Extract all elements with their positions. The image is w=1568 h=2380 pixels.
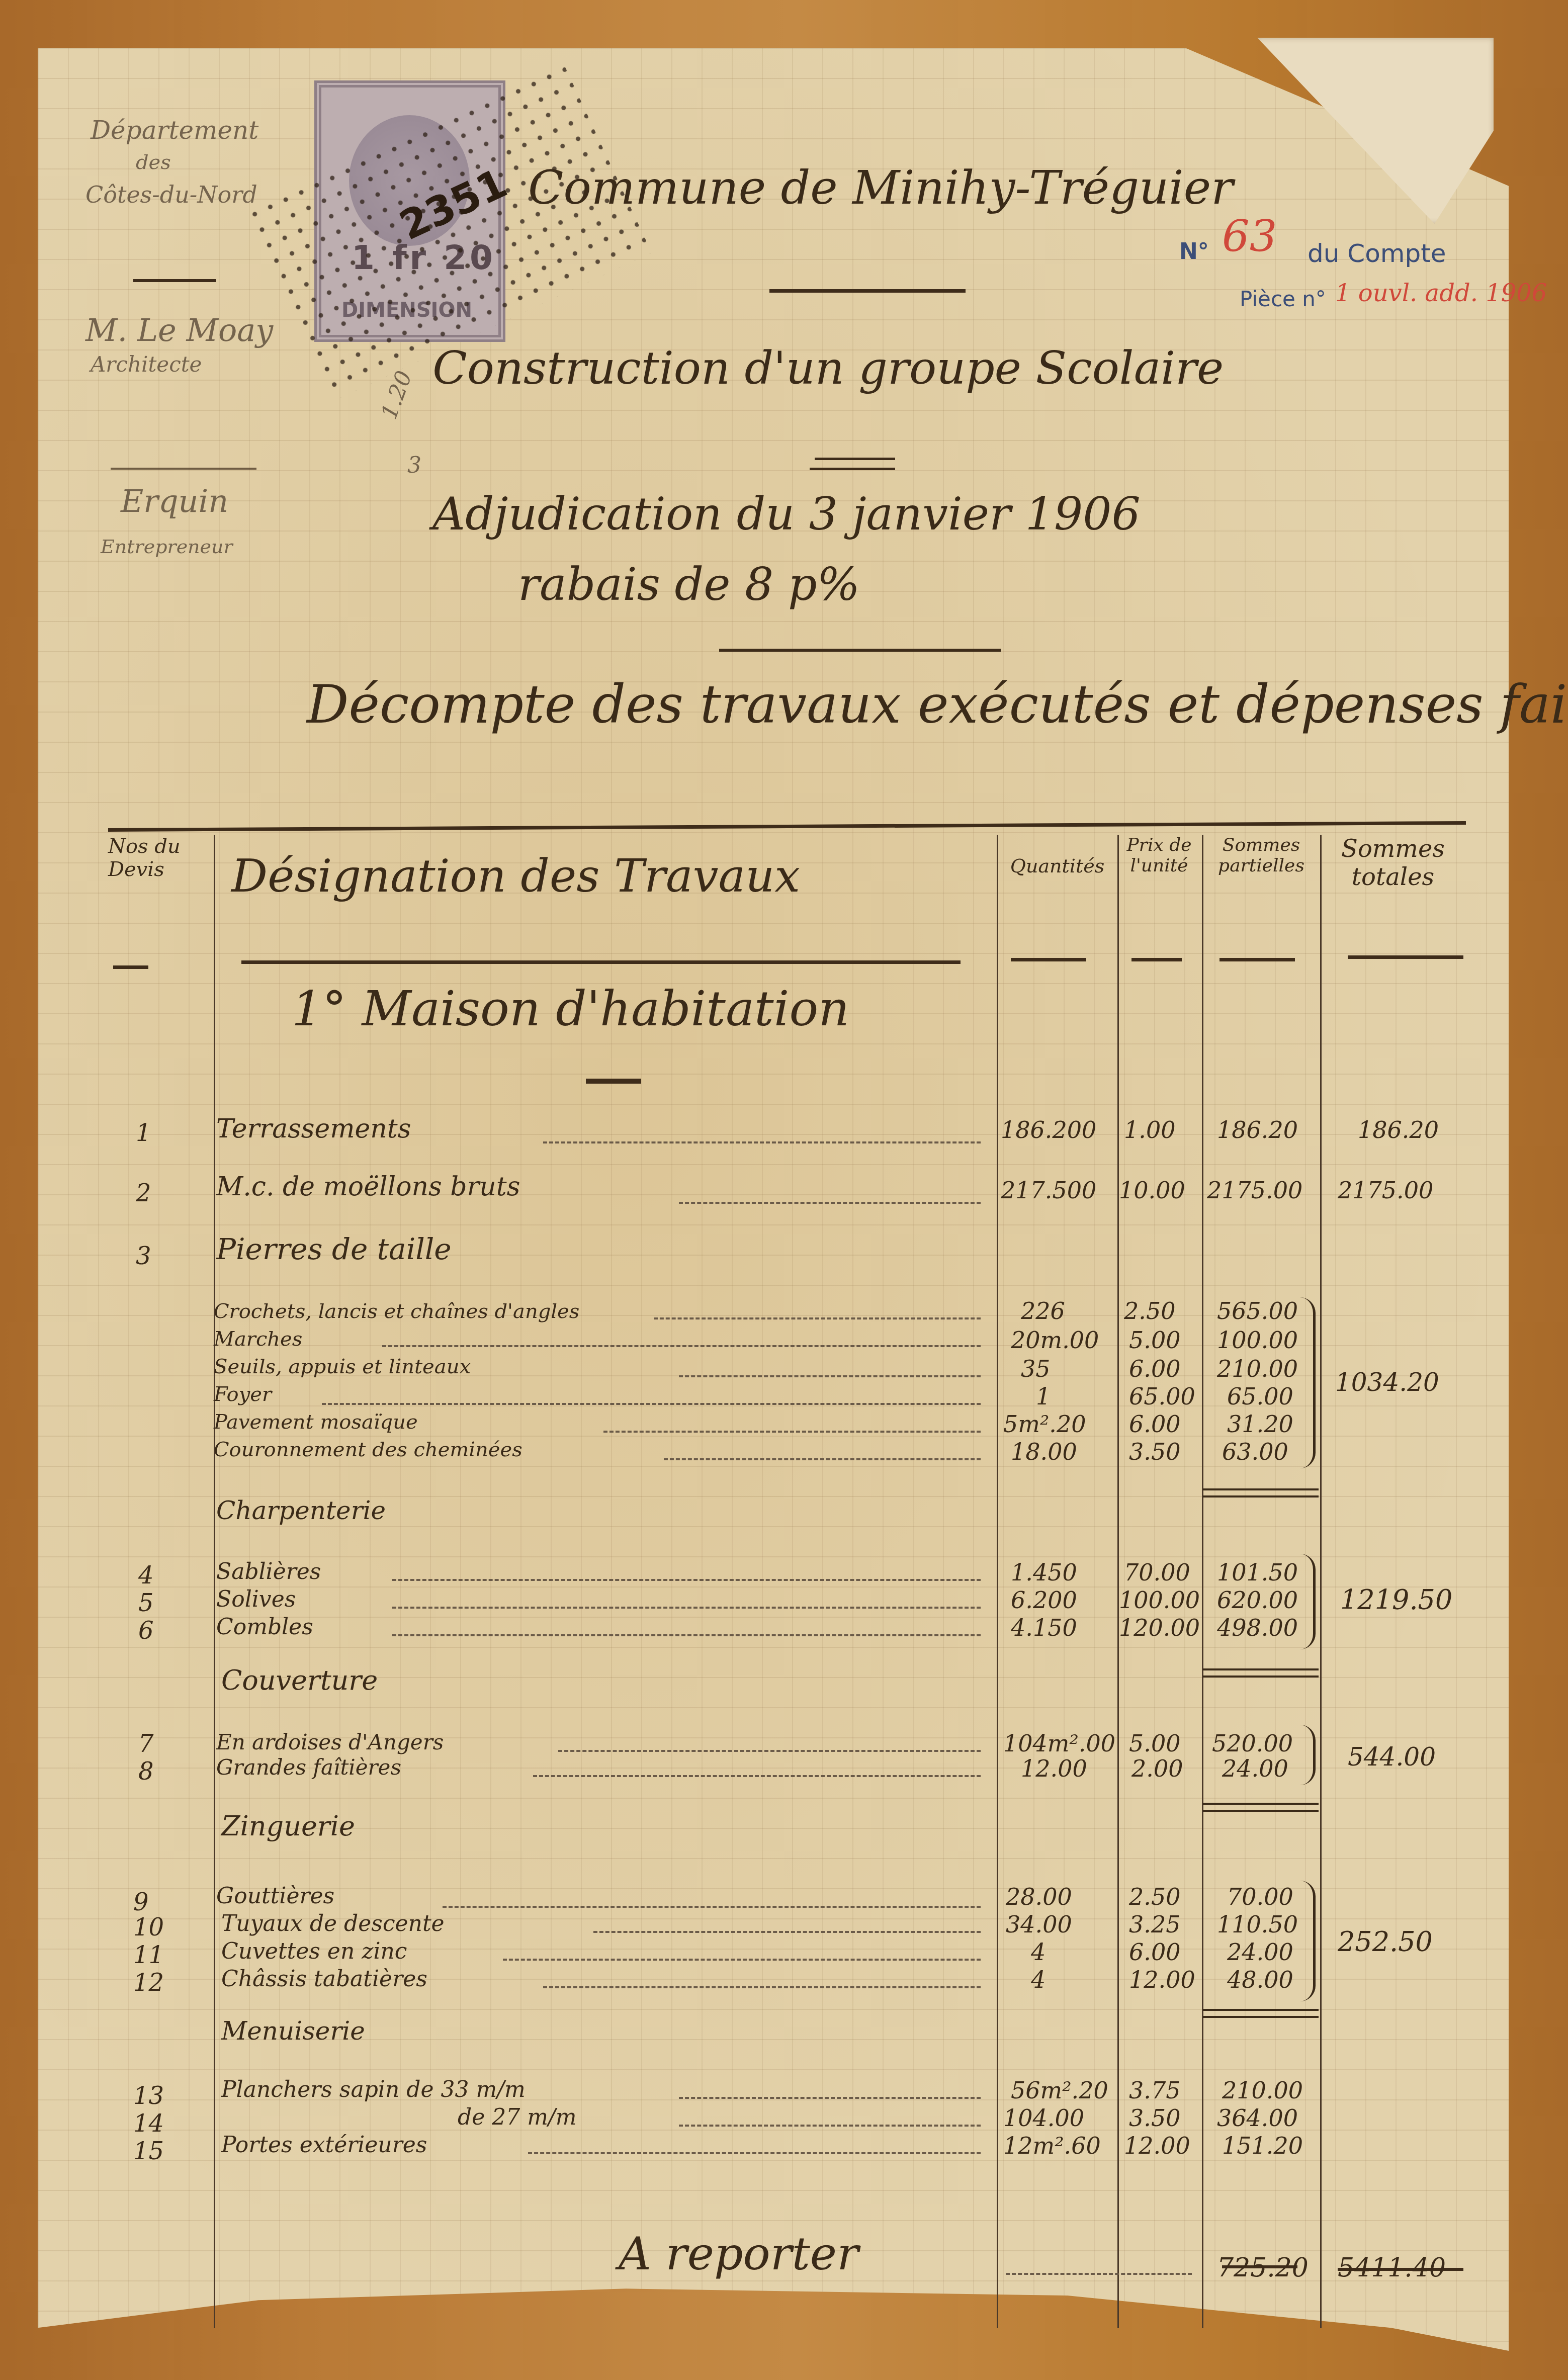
column-header-designation: Désignation des Travaux (231, 850, 800, 903)
row-number: 10 (133, 1913, 164, 1942)
row-description: En ardoises d'Angers (216, 1730, 444, 1754)
account-prefix: N° (1179, 239, 1209, 265)
header-dash (1348, 955, 1463, 959)
row-quantity: 217.500 (1001, 1177, 1096, 1204)
row-unit-price: 12.00 (1129, 1966, 1195, 1993)
row-description: de 27 m/m (458, 2104, 576, 2130)
row-partial: 565.00 (1217, 1297, 1298, 1325)
column-header-unit-price: Prix de l'unité (1119, 835, 1199, 876)
group-total-pierres: 1034.20 (1335, 1368, 1439, 1397)
row-unit-price: 2.00 (1131, 1755, 1183, 1782)
leader-dashes (533, 1775, 981, 1777)
row-number: 11 (133, 1941, 164, 1969)
leader-dashes (392, 1634, 981, 1636)
row-description: Gouttières (216, 1883, 334, 1909)
group-total-charpenterie: 1219.50 (1340, 1584, 1452, 1616)
divider (769, 289, 966, 293)
row-description: Planchers sapin de 33 m/m (221, 2077, 526, 2102)
row-quantity: 18.00 (1011, 1438, 1077, 1465)
row-number: 3 (136, 1242, 151, 1270)
row-quantity: 5m².20 (1003, 1411, 1086, 1438)
row-unit-price: 5.00 (1129, 1327, 1180, 1354)
row-total: 2175.00 (1338, 1177, 1433, 1204)
row-quantity: 34.00 (1006, 1911, 1072, 1938)
row-description: Sablières (216, 1559, 321, 1584)
row-quantity: 4 (1031, 1966, 1046, 1993)
row-quantity: 35 (1021, 1355, 1051, 1382)
row-description: M.c. de moëllons bruts (216, 1172, 520, 1202)
row-partial: 101.50 (1217, 1559, 1298, 1586)
row-partial: 151.20 (1222, 2132, 1303, 2159)
row-number: 4 (138, 1561, 154, 1590)
group-heading: Couverture (221, 1664, 378, 1696)
column-divider (1320, 835, 1322, 2328)
account-suffix: du Compte (1308, 239, 1446, 268)
row-quantity: 6.200 (1011, 1586, 1077, 1614)
row-unit-price: 10.00 (1119, 1177, 1185, 1204)
header-underline (241, 960, 961, 964)
group-brace (1300, 1297, 1316, 1468)
header-dash (1131, 958, 1182, 961)
column-header-no: Nos du Devis (108, 835, 209, 881)
group-brace (1300, 1554, 1316, 1649)
row-quantity: 4.150 (1011, 1614, 1077, 1641)
leader-dashes (322, 1403, 981, 1405)
leader-dashes (1006, 2273, 1192, 2275)
row-description: Marches (214, 1328, 302, 1351)
row-number: 15 (133, 2137, 164, 2165)
architect-name: M. Le Moay (85, 312, 273, 348)
group-heading: Zinguerie (221, 1810, 355, 1842)
leader-dashes (603, 1431, 981, 1433)
row-partial: 70.00 (1227, 1883, 1293, 1910)
project-title: Construction d'un groupe Scolaire (432, 342, 1224, 395)
row-partial: 364.00 (1217, 2104, 1298, 2132)
row-unit-price: 3.50 (1129, 2104, 1180, 2132)
row-description: Combles (216, 1614, 313, 1640)
leader-dashes (679, 2125, 981, 2127)
row-partial: 24.00 (1227, 1938, 1293, 1966)
leader-dashes (543, 1141, 981, 1143)
row-number: 6 (138, 1617, 154, 1645)
row-unit-price: 65.00 (1129, 1383, 1195, 1410)
divider (719, 649, 1001, 652)
row-number: 9 (133, 1888, 149, 1916)
group-heading: Pierres de taille (216, 1232, 452, 1266)
column-header-partial-sums: Sommes partielles (1203, 835, 1319, 876)
double-rule (1203, 1803, 1319, 1812)
row-number: 12 (133, 1969, 164, 1997)
divider (810, 468, 895, 470)
leader-dashes (392, 1579, 981, 1581)
row-description: Couronnement des cheminées (214, 1438, 522, 1461)
row-partial: 31.20 (1227, 1411, 1293, 1438)
column-header-total-sums: Sommes totales (1323, 835, 1463, 891)
row-partial: 210.00 (1222, 2077, 1303, 2104)
row-quantity: 28.00 (1006, 1883, 1072, 1910)
double-rule (1203, 2009, 1319, 2018)
leader-dashes (382, 1345, 981, 1347)
row-partial: 2175.00 (1207, 1177, 1302, 1204)
row-description: Terrassements (216, 1114, 411, 1144)
row-description: Châssis tabatières (221, 1966, 427, 1992)
row-quantity: 104.00 (1003, 2104, 1084, 2132)
pencil-note: 3 (407, 453, 421, 478)
row-quantity: 12.00 (1021, 1755, 1087, 1782)
row-partial: 498.00 (1217, 1614, 1298, 1641)
row-total: 186.20 (1358, 1116, 1439, 1143)
architect-title: Architecte (91, 352, 202, 377)
row-unit-price: 2.50 (1124, 1297, 1175, 1325)
leader-dashes (392, 1607, 981, 1609)
row-unit-price: 1.00 (1124, 1116, 1175, 1143)
row-quantity: 104m².00 (1003, 1730, 1115, 1757)
row-quantity: 56m².20 (1011, 2077, 1108, 2104)
double-rule (1203, 1668, 1319, 1678)
row-partial: 100.00 (1217, 1327, 1298, 1354)
row-unit-price: 6.00 (1129, 1411, 1180, 1438)
row-number: 14 (133, 2109, 164, 2138)
double-rule (1203, 1488, 1319, 1497)
row-unit-price: 6.00 (1129, 1938, 1180, 1966)
contractor-name: Erquin (121, 483, 228, 519)
piece-prefix: Pièce n° (1240, 287, 1326, 311)
row-unit-price: 3.50 (1129, 1438, 1180, 1465)
row-quantity: 226 (1021, 1297, 1065, 1325)
adjudication-date: Adjudication du 3 janvier 1906 (432, 488, 1141, 541)
piece-value: 1 ouvl. add. 1906 (1335, 279, 1547, 307)
leader-dashes (558, 1750, 981, 1752)
row-description: Grandes faîtières (216, 1755, 401, 1780)
header-dash (1219, 958, 1295, 961)
row-description: Crochets, lancis et chaînes d'angles (214, 1300, 579, 1323)
row-unit-price: 100.00 (1119, 1586, 1200, 1614)
carry-forward-total: 5411.40 (1338, 2253, 1446, 2283)
row-description: Seuils, appuis et linteaux (214, 1355, 471, 1378)
row-unit-price: 2.50 (1129, 1883, 1180, 1910)
row-unit-price: 70.00 (1124, 1559, 1190, 1586)
divider (111, 468, 256, 470)
group-heading: Menuiserie (221, 2016, 365, 2046)
group-brace (1300, 1881, 1316, 2001)
row-quantity: 1 (1036, 1383, 1051, 1410)
row-quantity: 20m.00 (1011, 1327, 1099, 1354)
row-unit-price: 3.75 (1129, 2077, 1180, 2104)
row-partial: 65.00 (1227, 1383, 1293, 1410)
leader-dashes (503, 1959, 981, 1961)
column-divider (214, 835, 215, 2328)
row-number: 2 (136, 1179, 151, 1207)
leader-dashes (654, 1317, 981, 1319)
row-description: Pavement mosaïque (214, 1411, 418, 1434)
row-quantity: 1.450 (1011, 1559, 1077, 1586)
divider (586, 1079, 641, 1084)
carry-forward-partial: 725.20 (1217, 2253, 1309, 2283)
row-partial: 620.00 (1217, 1586, 1298, 1614)
row-partial: 24.00 (1222, 1755, 1288, 1782)
row-quantity: 12m².60 (1003, 2132, 1101, 2159)
department-line-1: Département (91, 116, 258, 145)
leader-dashes (543, 1986, 981, 1988)
row-unit-price: 3.25 (1129, 1911, 1180, 1938)
account-number: 63 (1222, 211, 1277, 261)
row-unit-price: 12.00 (1124, 2132, 1190, 2159)
row-number: 5 (138, 1589, 154, 1617)
group-brace (1300, 1725, 1316, 1785)
row-partial: 110.50 (1217, 1911, 1298, 1938)
group-heading: Charpenterie (216, 1496, 386, 1525)
divider (815, 458, 895, 460)
row-unit-price: 6.00 (1129, 1355, 1180, 1382)
row-number: 8 (138, 1757, 154, 1786)
header-dash (1011, 958, 1086, 961)
department-line-2: des (136, 151, 171, 174)
group-total-couverture: 544.00 (1348, 1742, 1436, 1772)
section-title: 1° Maison d'habitation (292, 981, 849, 1037)
leader-dashes (443, 1906, 981, 1908)
divider (133, 279, 216, 282)
leader-dashes (679, 2097, 981, 2099)
column-divider (1117, 835, 1119, 2328)
row-partial: 63.00 (1222, 1438, 1288, 1465)
row-number: 1 (136, 1119, 151, 1147)
row-description: Solives (216, 1586, 296, 1612)
leader-dashes (664, 1458, 981, 1460)
carry-forward-label: A reporter (619, 2228, 858, 2280)
department-line-3: Côtes-du-Nord (85, 181, 257, 208)
column-divider (997, 835, 998, 2328)
row-description: Tuyaux de descente (221, 1911, 445, 1936)
row-description: Foyer (214, 1383, 272, 1406)
row-unit-price: 120.00 (1119, 1614, 1200, 1641)
rebate: rabais de 8 p% (518, 558, 860, 611)
row-partial: 210.00 (1217, 1355, 1298, 1382)
row-unit-price: 5.00 (1129, 1730, 1180, 1757)
row-number: 7 (138, 1730, 154, 1758)
leader-dashes (593, 1931, 981, 1933)
document-title: Décompte des travaux exécutés et dépense… (307, 674, 1568, 735)
leader-dashes (679, 1375, 981, 1377)
row-quantity: 186.200 (1001, 1116, 1096, 1143)
row-description: Cuvettes en zinc (221, 1938, 407, 1964)
group-total-zinguerie: 252.50 (1338, 1926, 1433, 1958)
row-partial: 48.00 (1227, 1966, 1293, 1993)
column-header-quantities: Quantités (998, 855, 1116, 877)
row-description: Portes extérieures (221, 2132, 427, 2158)
header-dash (113, 965, 148, 969)
leader-dashes (679, 1202, 981, 1204)
commune-title: Commune de Minihy-Tréguier (528, 161, 1233, 215)
leader-dashes (528, 2152, 981, 2154)
row-number: 13 (133, 2082, 164, 2110)
contractor-title: Entrepreneur (101, 536, 233, 558)
row-partial: 186.20 (1217, 1116, 1298, 1143)
row-partial: 520.00 (1212, 1730, 1293, 1757)
row-quantity: 4 (1031, 1938, 1046, 1966)
column-divider (1202, 835, 1203, 2328)
